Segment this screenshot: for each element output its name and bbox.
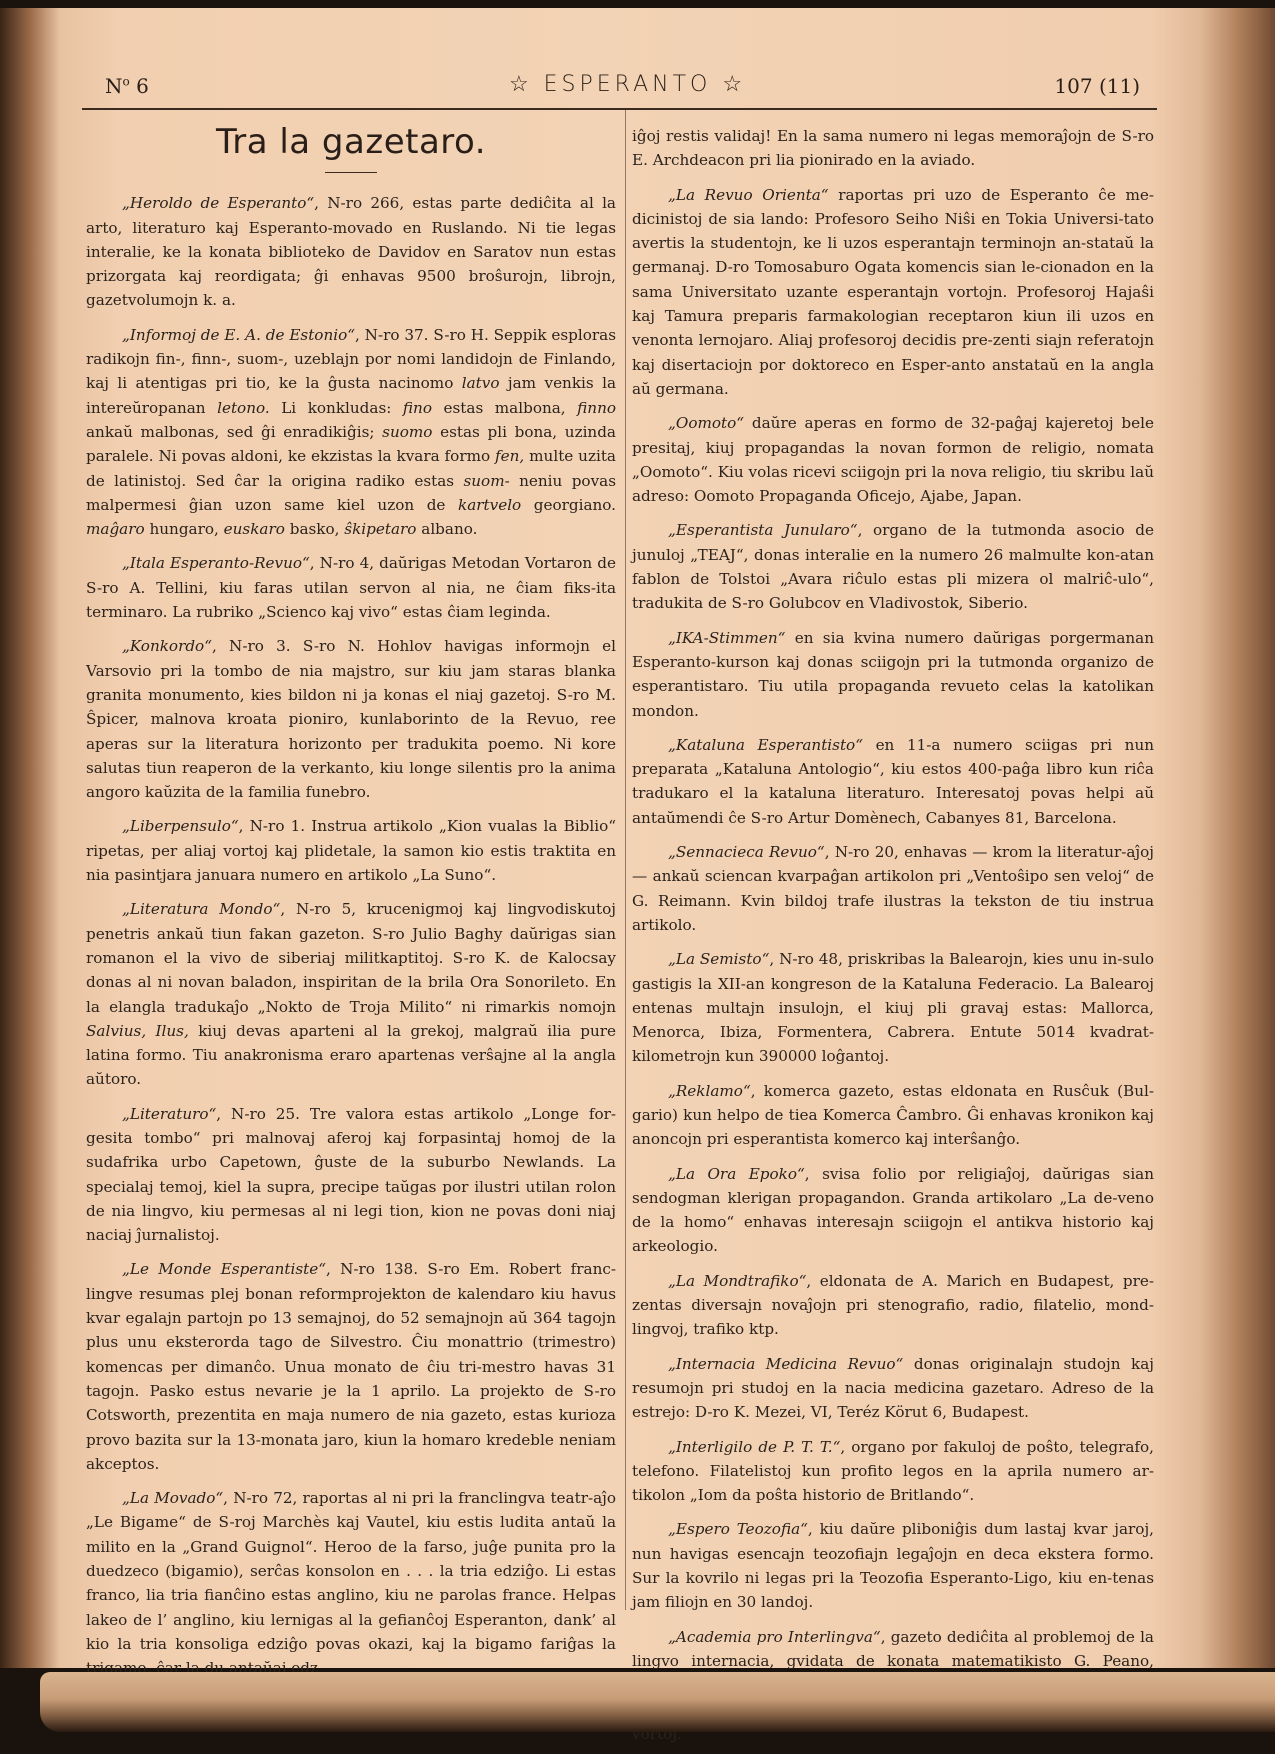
review-paragraph: „La Revuo Orienta“ raportas pri uzo de E… — [632, 183, 1154, 402]
publication-title: „La Ora Epoko“ — [668, 1165, 805, 1183]
review-paragraph: „Le Monde Esperantiste“, N-ro 138. S-ro … — [86, 1257, 616, 1476]
review-paragraph: „Itala Esperanto-Revuo“, N-ro 4, daŭriga… — [86, 551, 616, 624]
publication-title: „Itala Esperanto-Revuo“ — [122, 554, 310, 572]
review-paragraph: „Internacia Medicina Revuo“ donas origin… — [632, 1352, 1154, 1425]
publication-title: „Liberpensulo“ — [122, 817, 239, 835]
review-paragraph: „Reklamo“, komerca gazeto, estas eldonat… — [632, 1079, 1154, 1152]
left-paragraphs: „Heroldo de Esperanto“, N-ro 266, estas … — [86, 191, 616, 1680]
publication-title: „Interligilo de P. T. T.“ — [668, 1438, 840, 1456]
publication-title: „Kataluna Esperantisto“ — [668, 736, 863, 754]
publication-title: kartvelo — [458, 496, 521, 514]
publication-title: „Konkordo“ — [122, 637, 212, 655]
publication-title: „Esperantista Junularo“ — [668, 521, 858, 539]
review-paragraph: „Liberpensulo“, N-ro 1. Instrua artikolo… — [86, 814, 616, 887]
publication-title: finno — [577, 399, 616, 417]
publication-title: latvo — [462, 374, 500, 392]
publication-title: „Literatura Mondo“ — [122, 900, 280, 918]
review-paragraph: „Sennacieca Revuo“, N-ro 20, enhavas — k… — [632, 840, 1154, 937]
publication-title: suom- — [463, 472, 509, 490]
review-paragraph: „IKA-Stimmen“ en sia kvina numero daŭrig… — [632, 626, 1154, 723]
left-column: Tra la gazetaro. „Heroldo de Esperanto“,… — [86, 120, 616, 1691]
paragraph-text: ankaŭ malbonas, sed ĝi enradikiĝis; — [86, 423, 382, 441]
paragraph-text: Li konkludas: — [270, 399, 403, 417]
publication-title: maĝaro — [86, 520, 145, 538]
publication-title: fino — [403, 399, 432, 417]
publication-title: „La Mondtrafiko“ — [668, 1272, 806, 1290]
publication-title: fen, — [495, 447, 524, 465]
right-paragraphs: iĝoj restis validaj! En la sama numero n… — [632, 124, 1154, 1746]
journal-title: ☆ ESPERANTO ☆ — [100, 72, 1155, 97]
paragraph-text: iĝoj restis validaj! En la sama numero n… — [632, 127, 1154, 169]
publication-title: „Academia pro Interlingva“ — [668, 1628, 881, 1646]
page-bottom-edge — [40, 1672, 1275, 1732]
publication-title: „Oomoto“ — [668, 414, 744, 432]
publication-title: euskaro — [224, 520, 285, 538]
review-paragraph: „La Movado“, N-ro 72, raportas al ni pri… — [86, 1486, 616, 1680]
review-paragraph: „Informoj de E. A. de Estonio“, N-ro 37.… — [86, 323, 616, 542]
publication-title: „La Movado“ — [122, 1489, 223, 1507]
publication-title: letono. — [217, 399, 270, 417]
review-paragraph: „Literatura Mondo“, N-ro 5, krucenigmoj … — [86, 897, 616, 1091]
publication-title: „Reklamo“ — [668, 1082, 751, 1100]
running-header: No 6 ☆ ESPERANTO ☆ 107 (11) — [100, 68, 1155, 108]
review-paragraph: „Oomoto“ daŭre aperas en formo de 32-paĝ… — [632, 411, 1154, 508]
article-title: Tra la gazetaro. — [86, 130, 616, 154]
magazine-page: No 6 ☆ ESPERANTO ☆ 107 (11) Tra la gazet… — [0, 8, 1275, 1668]
publication-title: „Internacia Medicina Revuo“ — [668, 1355, 903, 1373]
paragraph-text: raportas pri uzo de Esperanto ĉe me-dici… — [632, 186, 1154, 398]
paragraph-text: georgiano. — [521, 496, 616, 514]
publication-title: „Heroldo de Esperanto“ — [122, 194, 314, 212]
paragraph-text: estas malbona, — [432, 399, 577, 417]
header-rule — [82, 108, 1157, 110]
publication-title: „La Semisto“ — [668, 950, 769, 968]
publication-title: „La Revuo Orienta“ — [668, 186, 829, 204]
page-number: 107 (11) — [1054, 74, 1140, 98]
review-paragraph: „Kataluna Esperantisto“ en 11-a numero s… — [632, 733, 1154, 830]
publication-title: suomo — [382, 423, 432, 441]
review-paragraph: „La Ora Epoko“, svisa folio por religiaĵ… — [632, 1162, 1154, 1259]
paragraph-text: basko, — [285, 520, 344, 538]
publication-title: „Sennacieca Revuo“ — [668, 843, 825, 861]
paragraph-text: , N-ro 72, raportas al ni pri la francli… — [86, 1489, 616, 1677]
review-paragraph: „La Semisto“, N-ro 48, priskribas la Bal… — [632, 947, 1154, 1068]
column-divider — [625, 110, 626, 1610]
review-paragraph: „Espero Teozofia“, kiu daŭre pliboniĝis … — [632, 1517, 1154, 1614]
paragraph-text: hungaro, — [145, 520, 224, 538]
paragraph-text: albano. — [416, 520, 477, 538]
paragraph-text: , N-ro 3. S-ro N. Hohlov havigas informo… — [86, 637, 616, 801]
review-paragraph: „La Mondtrafiko“, eldonata de A. Marich … — [632, 1269, 1154, 1342]
review-paragraph: „Literaturo“, N-ro 25. Tre valora estas … — [86, 1102, 616, 1248]
review-paragraph: „Interligilo de P. T. T.“, organo por fa… — [632, 1435, 1154, 1508]
title-rule — [325, 172, 377, 173]
review-paragraph: „Heroldo de Esperanto“, N-ro 266, estas … — [86, 191, 616, 312]
publication-title: „Espero Teozofia“ — [668, 1520, 808, 1538]
paragraph-text: , N-ro 138. S-ro Em. Robert franc-lingve… — [86, 1260, 616, 1472]
publication-title: ŝkipetaro — [344, 520, 416, 538]
publication-title: „Le Monde Esperantiste“ — [122, 1260, 326, 1278]
review-paragraph: iĝoj restis validaj! En la sama numero n… — [632, 124, 1154, 173]
review-paragraph: „Konkordo“, N-ro 3. S-ro N. Hohlov havig… — [86, 634, 616, 804]
publication-title: „Literaturo“ — [122, 1105, 216, 1123]
publication-title: Salvius, Ilus, — [86, 1022, 189, 1040]
publication-title: „IKA-Stimmen“ — [668, 629, 785, 647]
paragraph-text: , N-ro 25. Tre valora estas artikolo „Lo… — [86, 1105, 616, 1244]
publication-title: „Informoj de E. A. de Estonio“ — [122, 326, 355, 344]
review-paragraph: „Esperantista Junularo“, organo de la tu… — [632, 518, 1154, 615]
right-column: iĝoj restis validaj! En la sama numero n… — [632, 124, 1154, 1754]
